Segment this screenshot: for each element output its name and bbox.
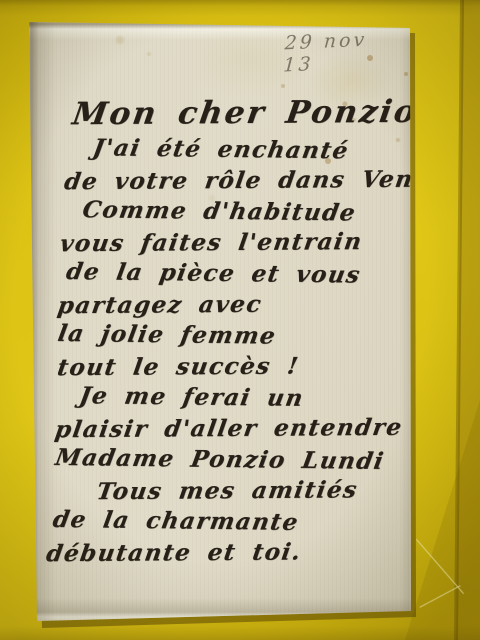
letter-line: partagez avec: [55, 288, 402, 321]
letter-line: débutante et toi.: [44, 536, 401, 569]
letter-line: Je me ferai un: [77, 380, 402, 415]
letter-line: vous faites l'entrain: [58, 226, 403, 259]
letter-line: Comme d'habitude: [80, 194, 403, 229]
letter-line: plaisir d'aller entendre: [53, 412, 402, 445]
letter-line: de la charmante: [51, 504, 402, 539]
letter-line: tout le succès !: [55, 350, 402, 383]
letter-line: J'ai été enchanté: [90, 132, 403, 167]
letter-body: Mon cher Ponzio J'ai été enchanté de vot…: [49, 91, 401, 569]
letter-line: de votre rôle dans Venise: [62, 164, 403, 197]
letter-line: Tous mes amitiés: [95, 474, 402, 507]
letter-line: de la pièce et vous: [64, 256, 403, 291]
letter-photograph: 29 nov 13 Mon cher Ponzio J'ai été encha…: [0, 0, 480, 640]
pencil-date-annotation: 29 nov 13: [283, 28, 396, 77]
letter-paper: 29 nov 13 Mon cher Ponzio J'ai été encha…: [0, 0, 480, 640]
letter-line: Mon cher Ponzio: [70, 91, 405, 135]
letter-line: la jolie femme: [56, 318, 403, 353]
letter-line: Madame Ponzio Lundi: [53, 442, 402, 477]
